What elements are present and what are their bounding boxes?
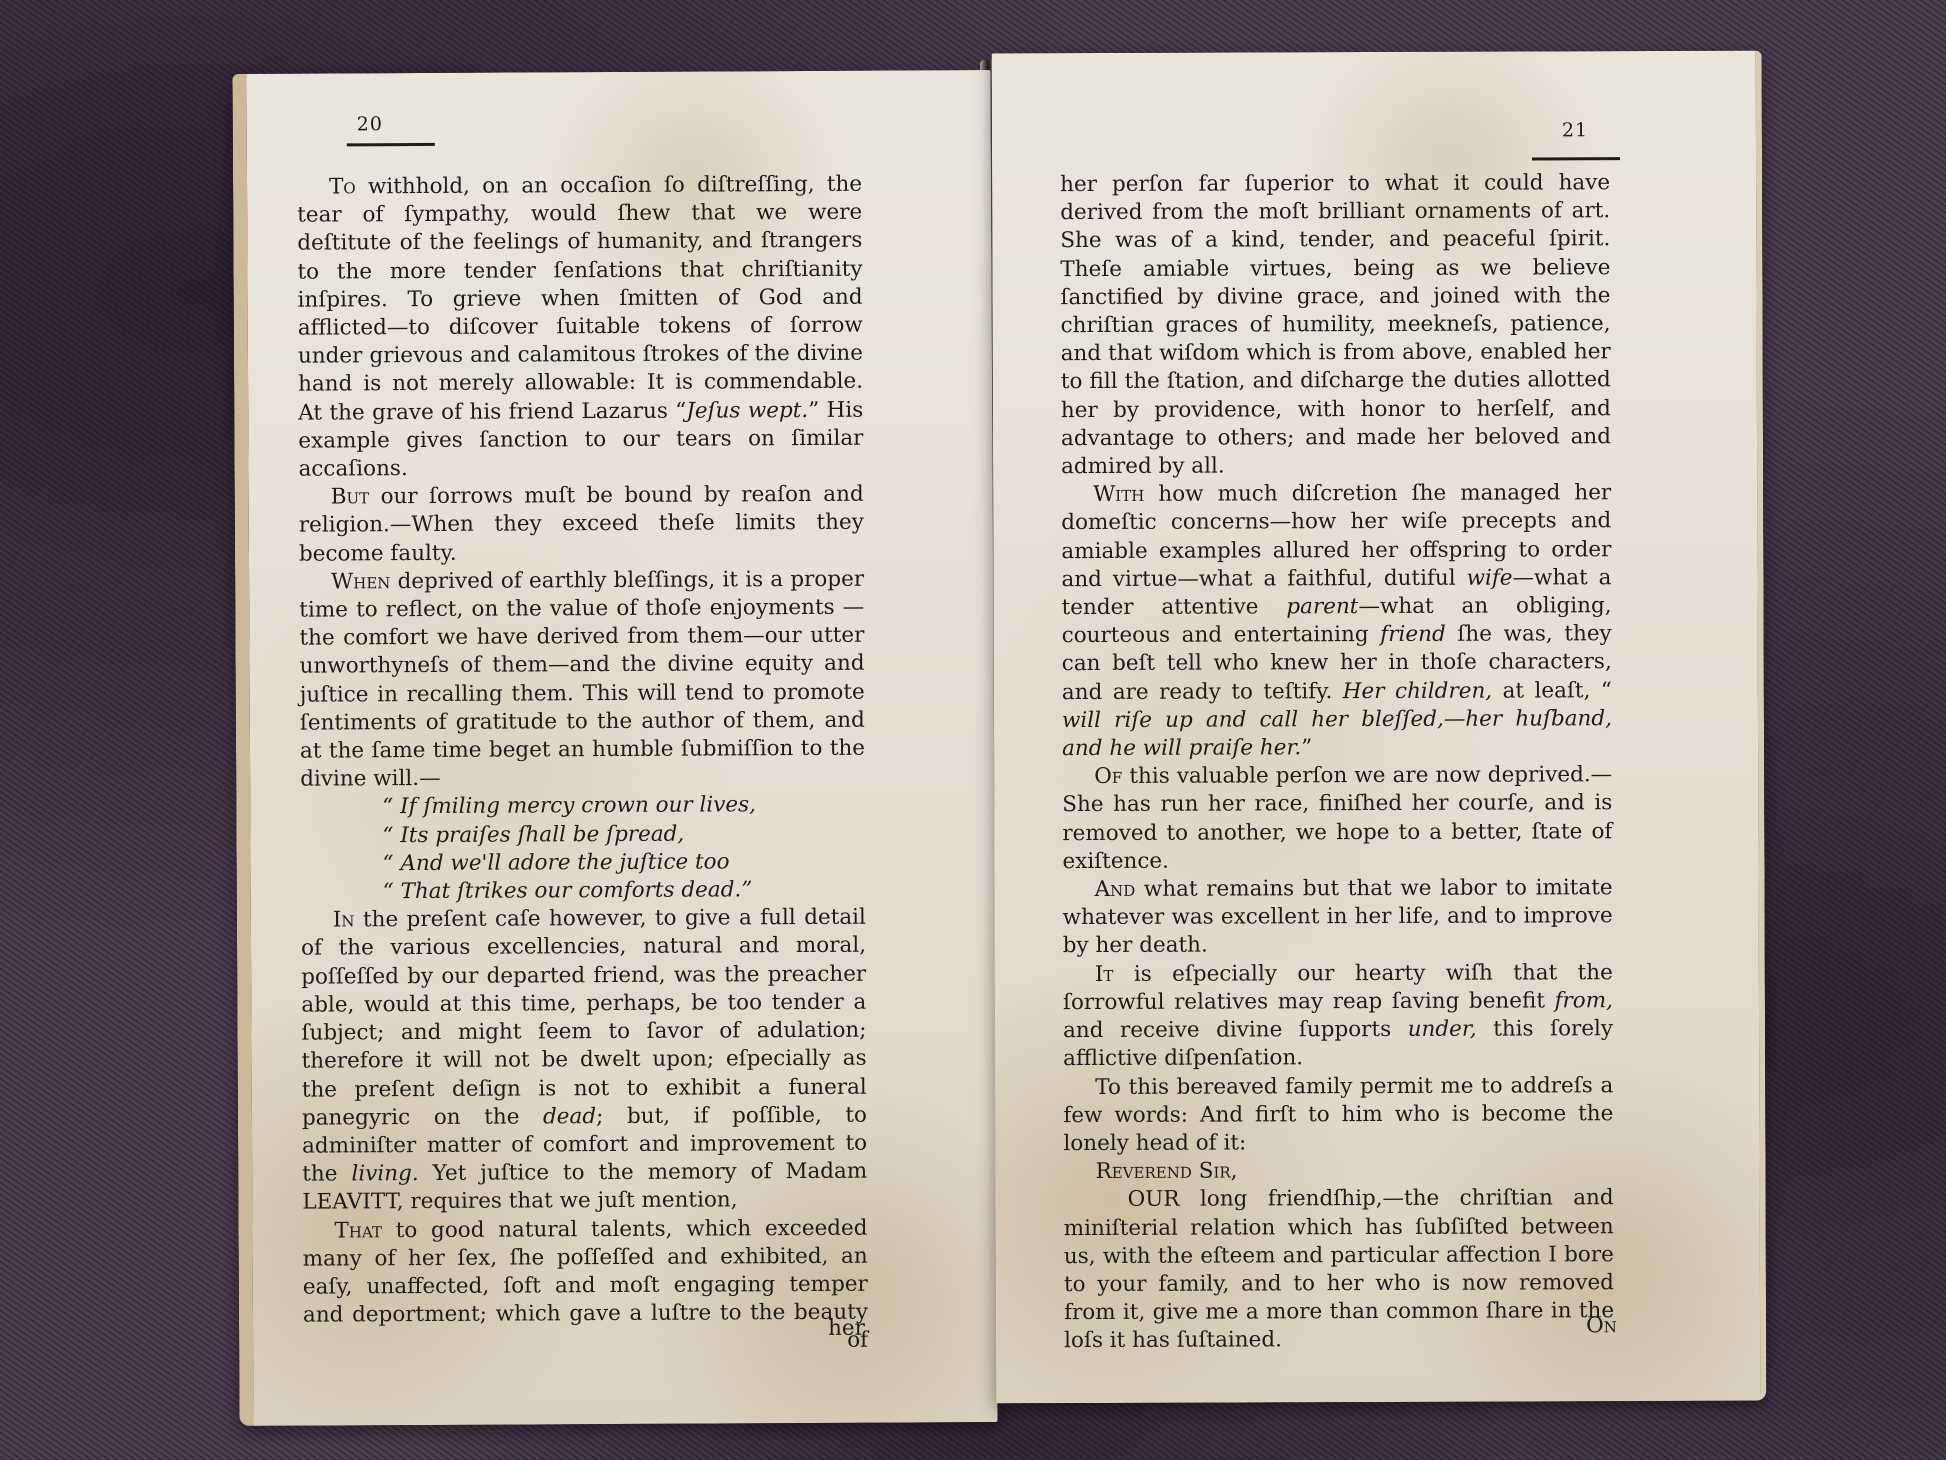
right-page: 21 her perſon far ſuperior to what it co… <box>992 51 1767 1404</box>
salutation: Reverend Sir, <box>1064 1156 1614 1186</box>
lead-word: When <box>331 569 390 594</box>
lead-word: It <box>1095 962 1114 987</box>
catchword: her <box>828 1316 865 1341</box>
lead-word: With <box>1093 482 1144 507</box>
paragraph: Of this valuable perſon we are now depri… <box>1062 761 1612 876</box>
paragraph: With how much diſcretion ſhe managed her… <box>1061 479 1612 763</box>
paragraph-text: To this bereaved family permit me to add… <box>1063 1073 1613 1156</box>
lead-word: Of <box>1094 764 1122 789</box>
italic-text: parent <box>1286 594 1358 619</box>
paragraph: When deprived of earthly bleſſings, it i… <box>299 566 865 795</box>
page-number: 20 <box>357 113 383 135</box>
italic-text: from, <box>1555 988 1613 1013</box>
page-number: 21 <box>1562 119 1588 141</box>
italic-text: under, <box>1408 1017 1477 1042</box>
italic-text: living. <box>351 1161 418 1186</box>
italic-text: friend <box>1380 622 1446 647</box>
paragraph-text: withhold, on an occaſion ſo diſtreſſing,… <box>297 172 863 426</box>
right-page-body: her perſon far ſuperior to what it could… <box>1060 169 1614 1355</box>
verse-line: “ And we'll adore the juſtice too <box>301 848 866 879</box>
paragraph: But our ſorrows muſt be bound by reaſon … <box>299 481 864 569</box>
left-page: 20 To withhold, on an occaſion ſo diſtre… <box>232 70 997 1426</box>
verse-quote: “ If ſmiling mercy crown our lives, “ It… <box>300 791 866 907</box>
left-page-body: To withhold, on an occaſion ſo diſtreſſi… <box>297 171 868 1358</box>
paragraph-text: to good natural talents, which exceeded … <box>303 1215 869 1353</box>
paragraph: To this bereaved family permit me to add… <box>1063 1072 1613 1159</box>
paragraph: In the preſent caſe however, to give a f… <box>301 904 868 1217</box>
lead-word: To <box>329 174 356 199</box>
header-rule <box>347 143 435 146</box>
paragraph: That to good natural talents, which exce… <box>302 1214 868 1358</box>
paragraph-text: and receive divine ſupports <box>1063 1017 1408 1043</box>
verse-line: “ If ſmiling mercy crown our lives, <box>300 791 865 822</box>
verse-line: “ Its praiſes ſhall be ſpread, <box>300 819 865 850</box>
lead-word: OUR <box>1128 1187 1180 1212</box>
lead-word: And <box>1095 877 1136 902</box>
letter-paragraph: OUR long friendſhip,—the chriſtian and m… <box>1064 1184 1615 1355</box>
verse-line: “ That ſtrikes our comforts dead.” <box>301 876 866 907</box>
italic-text: will riſe up and call her bleſſed,—her h… <box>1062 706 1612 761</box>
paragraph-text: deprived of earthly bleſſings, it is a p… <box>299 567 865 792</box>
italic-text: dead <box>543 1104 596 1129</box>
italic-text: Her children, <box>1343 678 1492 704</box>
paragraph-text: is eſpecially our hearty wiſh that the ſ… <box>1063 960 1613 1015</box>
lead-word: But <box>331 485 370 510</box>
paragraph-text: this valuable perſon we are now deprived… <box>1062 762 1612 874</box>
paragraph-text: at leaſt, “ <box>1492 678 1612 703</box>
paragraph-text: our ſorrows muſt be bound by reaſon and … <box>299 482 864 566</box>
paragraph: her perſon far ſuperior to what it could… <box>1060 169 1611 481</box>
lead-word: In <box>333 908 355 933</box>
italic-text: Jeſus wept. <box>686 398 808 424</box>
paragraph: To withhold, on an occaſion ſo diſtreſſi… <box>297 171 864 484</box>
paragraph-text: the preſent caſe however, to give a full… <box>301 905 867 1130</box>
paragraph: It is eſpecially our hearty wiſh that th… <box>1063 959 1613 1074</box>
paragraph-text: her perſon far ſuperior to what it could… <box>1060 170 1611 479</box>
paragraph: And what remains but that we labor to im… <box>1063 874 1613 961</box>
header-rule <box>1532 157 1620 160</box>
paragraph-text: what remains but that we labor to imitat… <box>1063 875 1613 958</box>
catchword: On <box>1586 1313 1617 1338</box>
lead-word: That <box>334 1218 382 1243</box>
paragraph-text: ” <box>1301 735 1312 760</box>
italic-text: wife <box>1466 565 1512 590</box>
